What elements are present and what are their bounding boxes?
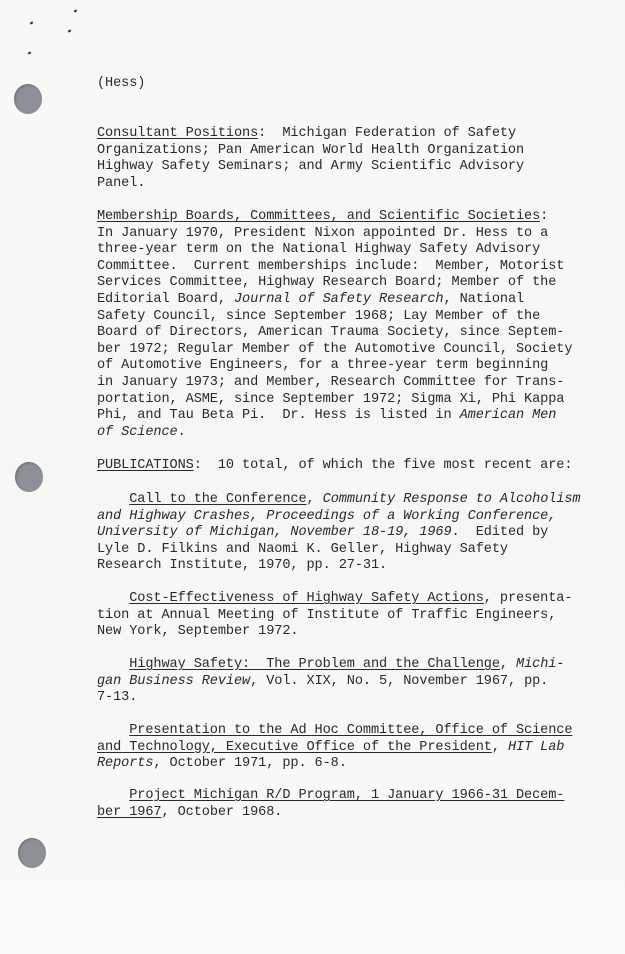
- page-header: (Hess): [97, 76, 607, 93]
- publication-item: Highway Safety: The Problem and the Chal…: [97, 657, 607, 707]
- paper-speck: [74, 9, 78, 12]
- publications-heading-line: PUBLICATIONS: 10 total, of which the fiv…: [97, 458, 607, 475]
- publication-item: Presentation to the Ad Hoc Committee, Of…: [97, 723, 607, 773]
- punch-hole-icon: [18, 838, 46, 868]
- paper-speck: [28, 51, 32, 54]
- publication-item: Cost-Effectiveness of Highway Safety Act…: [97, 591, 607, 641]
- paper-speck: [30, 21, 34, 24]
- punch-hole-icon: [14, 84, 42, 114]
- membership-heading: Membership Boards, Committees, and Scien…: [97, 209, 540, 224]
- publication-item: Project Michigan R/D Program, 1 January …: [97, 788, 607, 821]
- punch-hole-icon: [15, 462, 43, 492]
- membership-section: Membership Boards, Committees, and Scien…: [97, 209, 607, 441]
- publication-item: Call to the Conference, Community Respon…: [97, 492, 607, 575]
- consultant-heading: Consultant Positions: [97, 126, 258, 141]
- publications-heading: PUBLICATIONS: [97, 458, 194, 473]
- paper-speck: [68, 29, 72, 32]
- consultant-section: Consultant Positions: Michigan Federatio…: [97, 126, 607, 192]
- document-page: (Hess) Consultant Positions: Michigan Fe…: [0, 0, 625, 954]
